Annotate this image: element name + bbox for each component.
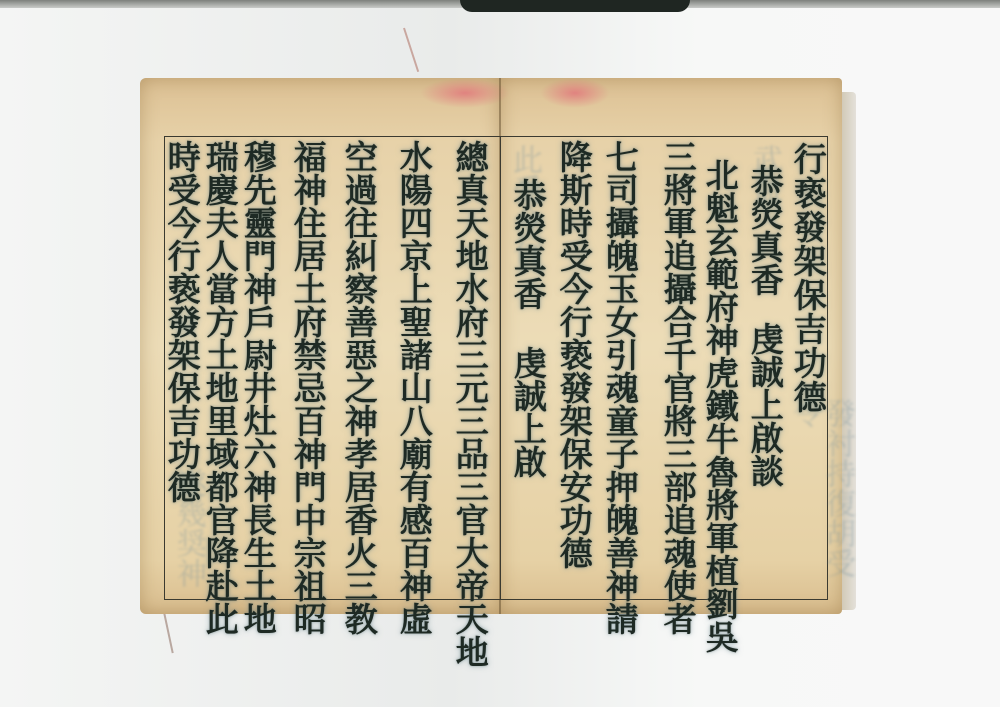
- column-text: 恭熒真香: [511, 178, 545, 310]
- red-stain: [420, 78, 510, 108]
- column-text: 降斯時受今行亵發架保安功德: [557, 140, 591, 569]
- column-text: 恭熒真香: [748, 164, 782, 296]
- red-stain: [540, 78, 610, 108]
- column-text: 水陽四京上聖諸山八廟有感百神虛: [397, 140, 431, 635]
- text-column: 恭熒真香 虔誠上啟: [506, 178, 550, 478]
- text-column: 福神住居土府禁忌百神門中宗祖昭: [286, 140, 330, 635]
- column-text: 福神住居土府禁忌百神門中宗祖昭: [291, 140, 325, 635]
- column-text: 虔誠上啟: [511, 346, 545, 478]
- column-text: 時受今行亵發架保吉功德: [165, 140, 199, 503]
- column-text: 空過往糾察善惡之神孝居香火三教: [342, 140, 376, 635]
- scanner-lid-shadow: [460, 0, 690, 12]
- text-column: 行亵發架保吉功德: [786, 142, 830, 414]
- column-text: 瑞慶夫人當方土地里域都官降赴此: [203, 140, 237, 635]
- text-column: 七司攝魄玉女引魂童子押魄善神請: [598, 140, 642, 635]
- column-text: 虔誠上啟談: [748, 322, 782, 487]
- column-text: 行亵發架保吉功德: [791, 142, 825, 414]
- text-column: 北魁玄範府神虎鐵牛魯將軍植劉吳: [698, 158, 742, 653]
- bleed-through-text: 發衬持復胡受令: [788, 398, 854, 598]
- text-column: 水陽四京上聖諸山八廟有感百神虛: [392, 140, 436, 635]
- column-text: 北魁玄範府神虎鐵牛魯將軍植劉吳: [703, 158, 737, 653]
- text-column: 穆先靈門神戶尉井灶六神長生土地: [236, 140, 280, 635]
- text-column: 恭熒真香 虔誠上啟談: [743, 164, 787, 487]
- text-column: 瑞慶夫人當方土地里域都官降赴此: [198, 140, 242, 635]
- column-text: 總真天地水府三元三品三官大帝天地: [453, 140, 487, 668]
- text-column: 三將軍追攝合千官將三部追魂使者: [656, 140, 700, 635]
- column-text: 三將軍追攝合千官將三部追魂使者: [661, 140, 695, 635]
- text-column: 降斯時受今行亵發架保安功德: [552, 140, 596, 569]
- column-text: 穆先靈門神戶尉井灶六神長生土地: [241, 140, 275, 635]
- text-column: 總真天地水府三元三品三官大帝天地: [448, 140, 492, 668]
- open-book: 發衬持復胡受令 武血 此受今行 遂幾奨神 行亵發架保吉功德 恭熒真香 虔誠上啟談…: [140, 78, 856, 614]
- text-column: 空過往糾察善惡之神孝居香火三教: [337, 140, 381, 635]
- column-text: 七司攝魄玉女引魂童子押魄善神請: [603, 140, 637, 635]
- text-column: 時受今行亵發架保吉功德: [160, 140, 204, 503]
